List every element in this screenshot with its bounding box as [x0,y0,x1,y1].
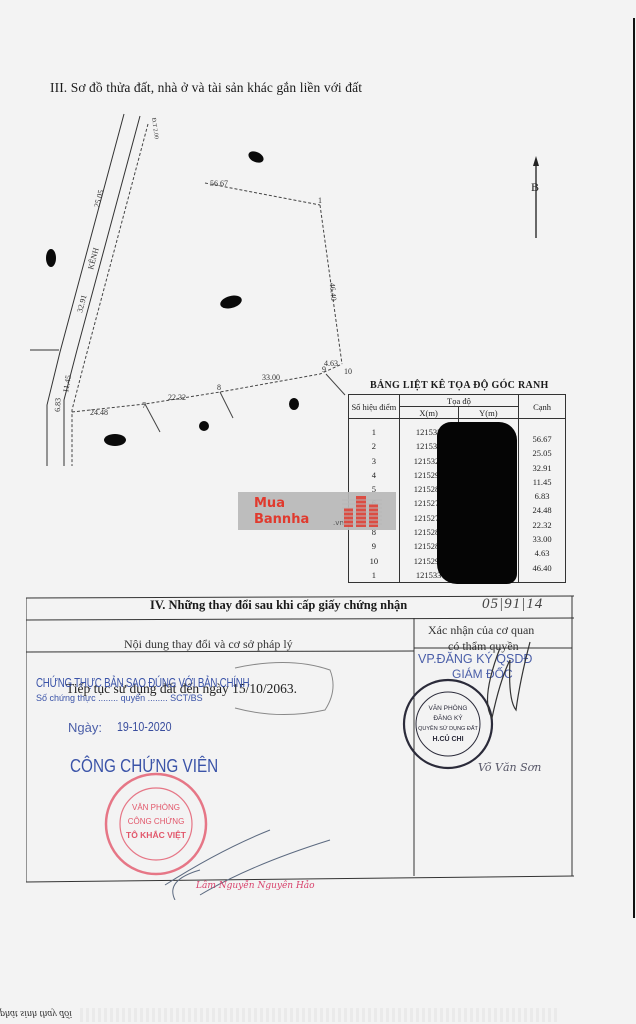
edge-length: 33.00 [519,532,565,546]
edge-label: 11.45 [61,374,73,393]
edge-length: 32.91 [519,461,565,475]
edge-length: 4.63 [519,546,565,560]
edge-length: 46.40 [519,561,565,575]
watermark-line1: Mua [254,497,285,511]
office-signer-name: Võ Văn Sơn [478,761,541,774]
edge-label: 24.48 [90,408,108,417]
watermark-line2: Bannha [254,513,309,527]
point-label: 7 [142,401,146,410]
change-content-header: Nội dung thay đổi và cơ sở pháp lý [124,637,293,652]
notary-signer-name: Lâm Nguyễn Nguyên Hảo [196,881,315,891]
header-coord: Tọa độ [399,395,518,407]
north-arrow-label: B [531,180,539,195]
point-id: 1 [349,425,399,439]
road-label: Đ.T 2.00 [150,117,159,139]
certify-date-label: Ngày: [68,720,102,735]
edge-length: 25.05 [519,446,565,460]
certify-date: 19-10-2020 [117,719,172,734]
redaction-block [437,422,517,584]
seal-text: ĐĂNG KÝ [433,713,463,722]
point-id: 10 [349,554,399,568]
point-id: 9 [349,539,399,553]
edge-length: 56.67 [519,432,565,446]
certify-number-line: Số chứng thực ........ quyển ........ SC… [36,693,203,703]
watermark-building-icon [342,494,382,528]
section3-title: III. Sơ đồ thửa đất, nhà ở và tài sản kh… [50,80,362,96]
coord-table-title: BẢNG LIỆT KÊ TỌA ĐỘ GÓC RANH [370,380,549,391]
point-label: 9 [322,365,326,374]
handwritten-number: 05|91|14 [482,596,543,613]
edge-length: 11.45 [519,475,565,489]
stamp-outline [230,660,340,720]
point-id: 4 [349,468,399,482]
header-edge: Cạnh [519,395,566,419]
edge-label: 4.63 [324,359,338,368]
edge-label: 22.32 [168,393,186,402]
office-signature [470,640,540,730]
footer-text: phát sinh thay đổi [0,1008,72,1019]
edge-length: 24.48 [519,503,565,517]
seal-text: H.CỦ CHI [432,734,463,743]
edge-label: 32.91 [75,294,88,314]
edge-length: 22.32 [519,518,565,532]
seal-text: VĂN PHÒNG [428,703,467,712]
point-label: 10 [344,367,352,376]
point-id: 3 [349,454,399,468]
edge-label: 46.40 [328,282,339,301]
edge-label: 33.00 [262,373,280,382]
point-label: 1 [318,196,322,205]
edge-column: 56.6725.0532.9111.456.8324.4822.3233.004… [519,419,566,583]
certify-copy-stamp: CHỨNG THỰC BẢN SAO ĐÚNG VỚI BẢN CHÍNH [36,676,249,690]
authority-header-line1: Xác nhận của cơ quan [428,623,534,638]
header-point: Số hiệu điểm [349,395,400,419]
edge-label: 6.83 [53,398,62,412]
edge-length: 6.83 [519,489,565,503]
point-id: 1 [349,568,399,582]
edge-label: 25.05 [92,189,105,209]
edge-label: 56.67 [210,179,228,188]
header-y: Y(m) [458,407,519,419]
point-label: 8 [217,383,221,392]
section4-title: IV. Những thay đổi sau khi cấp giấy chứn… [150,598,407,613]
header-x: X(m) [399,407,458,419]
point-id: 2 [349,439,399,453]
bleed-through-text [80,1008,560,1022]
